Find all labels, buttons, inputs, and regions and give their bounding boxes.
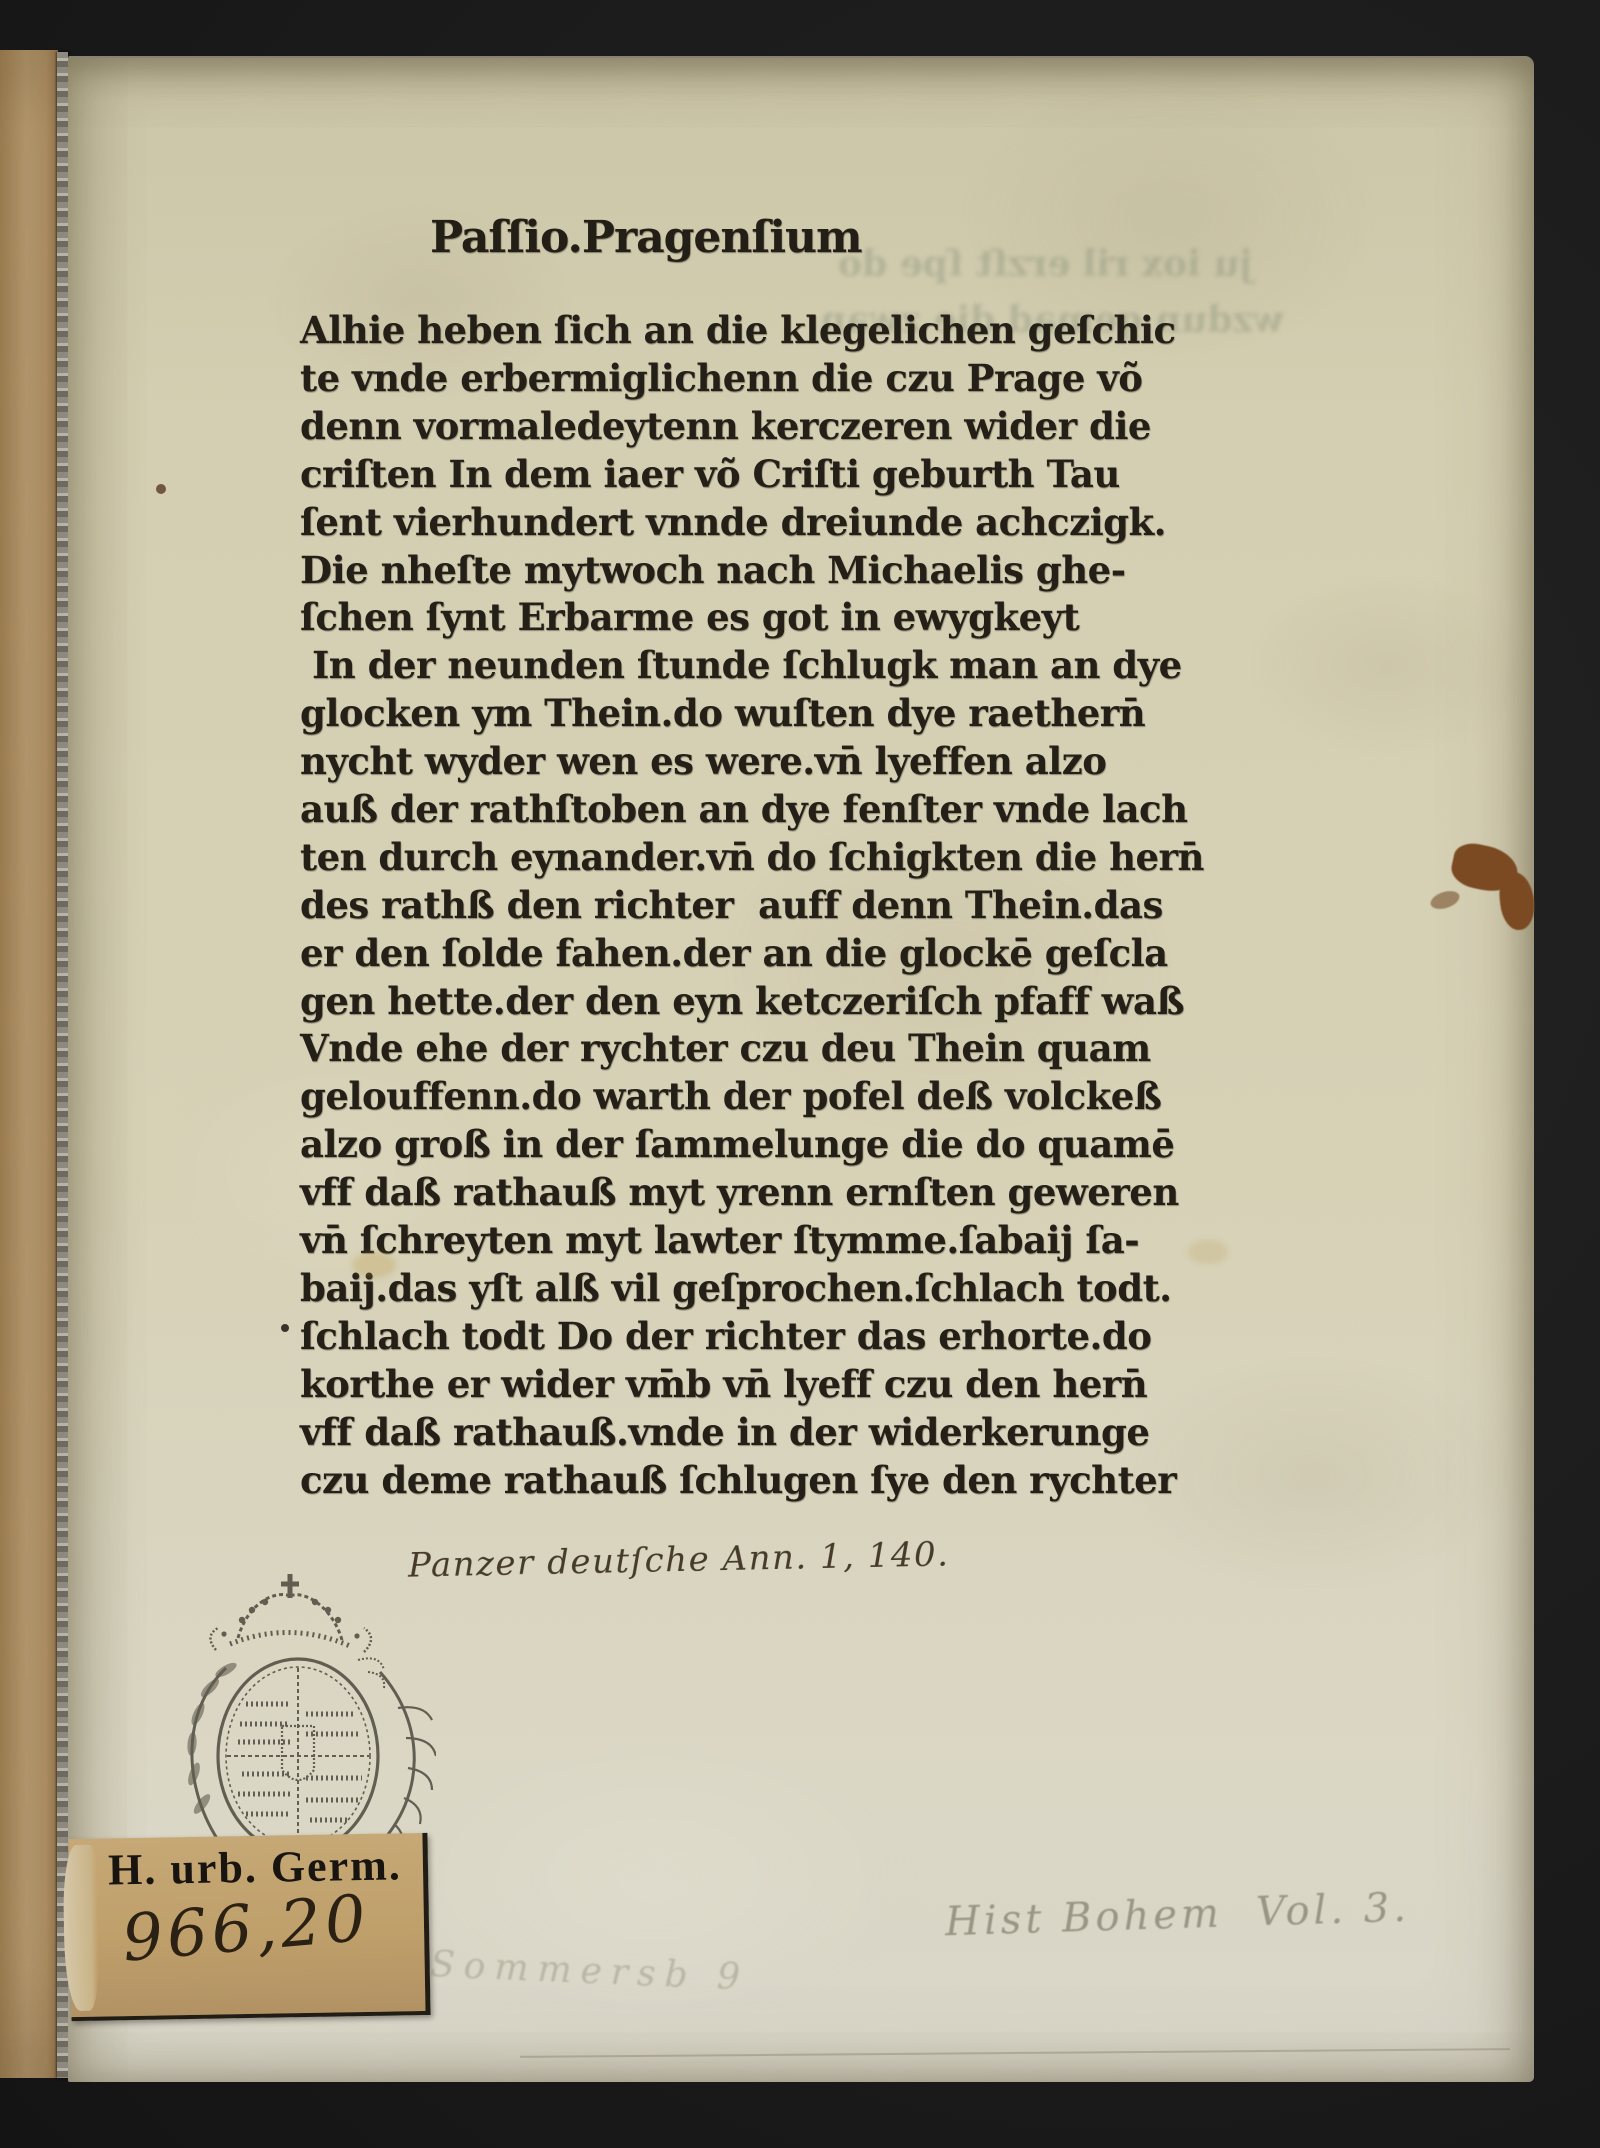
text-line: vff daß rathauß myt yrenn ernſten gewere…	[300, 1174, 1179, 1211]
text-line: te vnde erbermiglichenn die czu Prage võ	[300, 360, 1142, 397]
text-line: auß der rathſtoben an dye fenſter vnde l…	[300, 791, 1187, 828]
text-line: czu deme rathauß ſchlugen ſye den rychte…	[300, 1462, 1176, 1499]
shelfmark-label: H. urb. Germ. 966,20	[68, 1833, 430, 2021]
yellow-stain	[1188, 1240, 1228, 1264]
text-line: nycht wyder wen es were.vn̄ lyeffen alzo	[300, 743, 1106, 780]
verso-bleedthrough: ju iox ril erzſt ſpe do	[838, 246, 1253, 282]
page-title: Paſſio.Pragenſium	[430, 214, 862, 262]
text-line: korthe er wider vm̄b vn̄ lyeff czu den h…	[300, 1366, 1147, 1403]
binding-edge-strip	[0, 50, 58, 2078]
text-line: glocken ym Thein.do wuſten dye raethern̄	[300, 695, 1145, 732]
text-line: ſchen ſynt Erbarme es got in ewygkeyt	[300, 599, 1079, 636]
text-line: ſent vierhundert vnnde dreiunde achczigk…	[300, 504, 1166, 541]
text-line: denn vormaledeytenn kerczeren wider die	[300, 408, 1151, 445]
document-scan: ju iox ril erzſt ſpe do wzdun gemad die …	[0, 0, 1600, 2148]
text-line: des rathß den richter auff denn Thein.da…	[300, 887, 1163, 924]
text-line: Vnde ehe der rychter czu deu Thein quam	[300, 1030, 1151, 1067]
text-line: ten durch eynander.vn̄ do ſchigkten die …	[300, 839, 1204, 876]
page-fore-edge	[57, 52, 68, 2078]
ink-speck	[156, 484, 166, 494]
text-line: criſten In dem iaer võ Criſti geburth Ta…	[300, 456, 1120, 493]
label-torn-edge	[63, 1845, 100, 2012]
text-line: In der neunden ſtunde ſchlugk man an dye	[312, 647, 1182, 684]
text-line: vn̄ ſchreyten myt lawter ſtymme.ſabaij ſ…	[300, 1222, 1139, 1259]
text-line: Alhie heben ſich an die klegelichen geſc…	[300, 312, 1176, 349]
yellow-stain	[352, 1252, 396, 1278]
text-line: gen hette.der den eyn ketczeriſch pfaff …	[300, 983, 1184, 1020]
text-line: Die nheſte mytwoch nach Michaelis ghe-	[300, 552, 1126, 589]
text-line: vff daß rathauß.vnde in der widerkerunge	[300, 1414, 1149, 1451]
text-line: er den ſolde fahen.der an die glockē geſ…	[300, 935, 1168, 972]
text-line: gelouffenn.do warth der pofel deß volcke…	[300, 1078, 1161, 1115]
ink-speck	[281, 1324, 289, 1332]
text-line: ſchlach todt Do der richter das erhorte.…	[300, 1318, 1151, 1355]
crowned-coat-of-arms-stamp	[172, 1568, 436, 1872]
text-line: alzo groß in der ſammelunge die do quamē	[300, 1126, 1174, 1163]
text-line: baij.das yſt alß vil geſprochen.ſchlach …	[300, 1270, 1172, 1307]
shelfmark-handwritten-number: 966,20	[119, 1883, 372, 1975]
